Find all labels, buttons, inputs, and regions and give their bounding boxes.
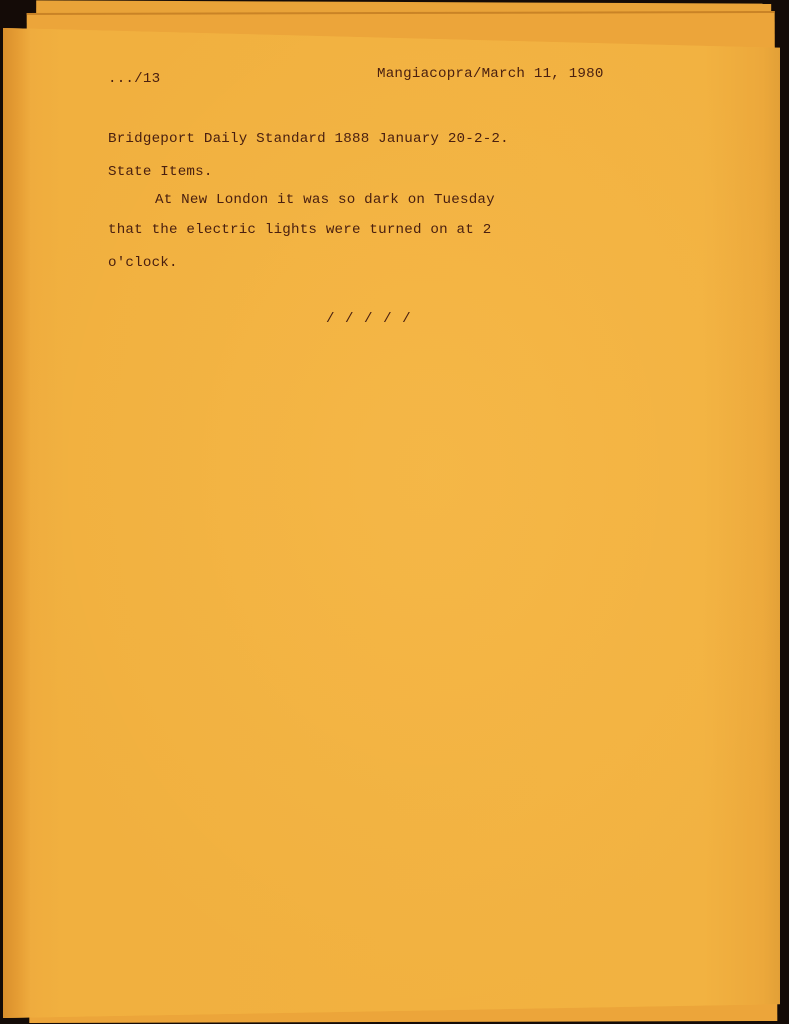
- body-line: that the electric lights were turned on …: [108, 222, 491, 238]
- page-marker: .../13: [108, 71, 160, 87]
- section-heading: State Items.: [108, 164, 213, 180]
- show-through-watermark: [223, 378, 523, 578]
- body-line: At New London it was so dark on Tuesday: [155, 192, 495, 208]
- end-separator: / / / / /: [326, 311, 412, 327]
- author-date-header: Mangiacopra/March 11, 1980: [377, 66, 604, 82]
- body-line: o'clock.: [108, 255, 178, 271]
- scanned-document: .../13 Mangiacopra/March 11, 1980 Bridge…: [0, 0, 789, 1024]
- citation-line: Bridgeport Daily Standard 1888 January 2…: [108, 131, 509, 147]
